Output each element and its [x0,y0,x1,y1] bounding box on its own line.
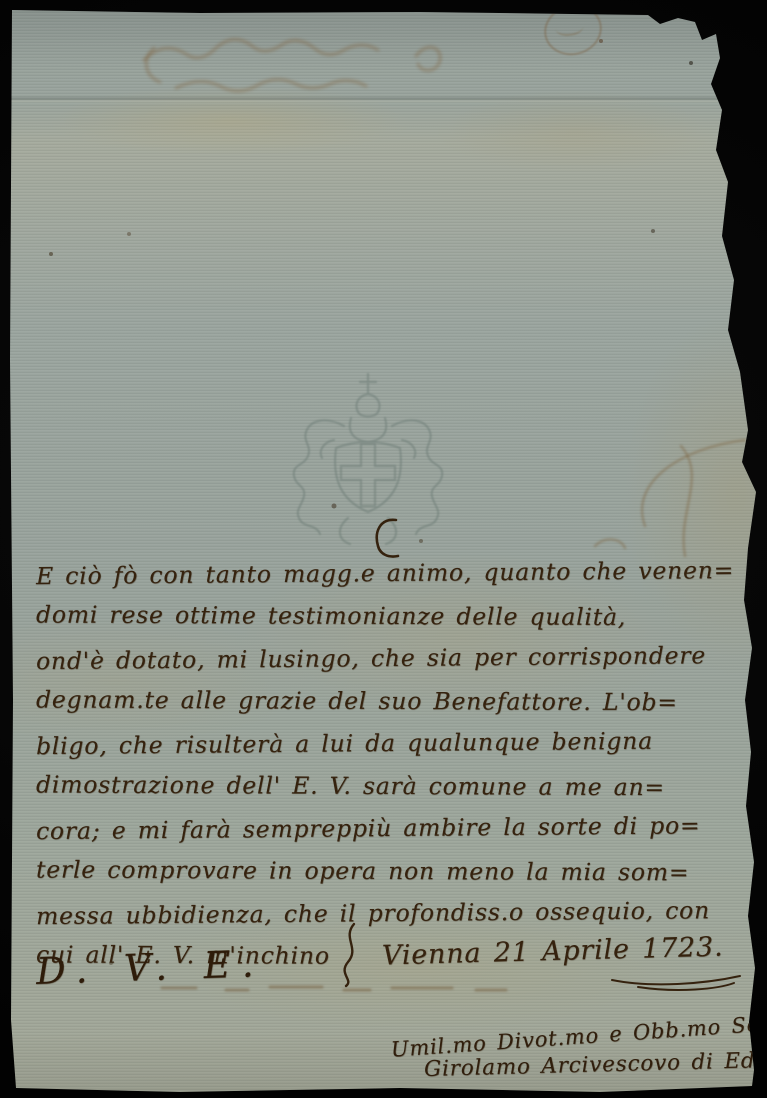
letter-page: E ciò fò con tanto magg.e animo, quanto … [0,0,767,1098]
manuscript-line: E ciò fò con tanto magg.e animo, quanto … [36,549,752,598]
oval-stamp-mark-icon [539,0,607,61]
letter-body: E ciò fò con tanto magg.e animo, quanto … [36,552,752,977]
valediction: D. V. E. [35,942,265,993]
manuscript-line: messa ubbidienza, che il profondiss.o os… [36,889,752,938]
bleedthrough-swirl-right-icon [585,428,760,563]
manuscript-line: terle comprovare in opera non meno la mi… [36,848,752,894]
manuscript-line: ond'è dotato, mi lusingo, che sia per co… [36,634,752,683]
photo-backdrop: E ciò fò con tanto magg.e animo, quanto … [0,0,767,1098]
manuscript-line: domi rese ottime testimonianze delle qua… [36,593,752,639]
manuscript-line: cora; e mi farà sempreppiù ambire la sor… [36,804,752,853]
manuscript-line: degnam.te alle grazie del suo Benefattor… [36,678,752,724]
fold-crease [0,96,767,103]
manuscript-line: dimostrazione dell' E. V. sarà comune a … [36,763,752,809]
ink-specks [0,0,2,2]
manuscript-line: bligo, che risulterà a lui da qualunque … [36,719,752,768]
